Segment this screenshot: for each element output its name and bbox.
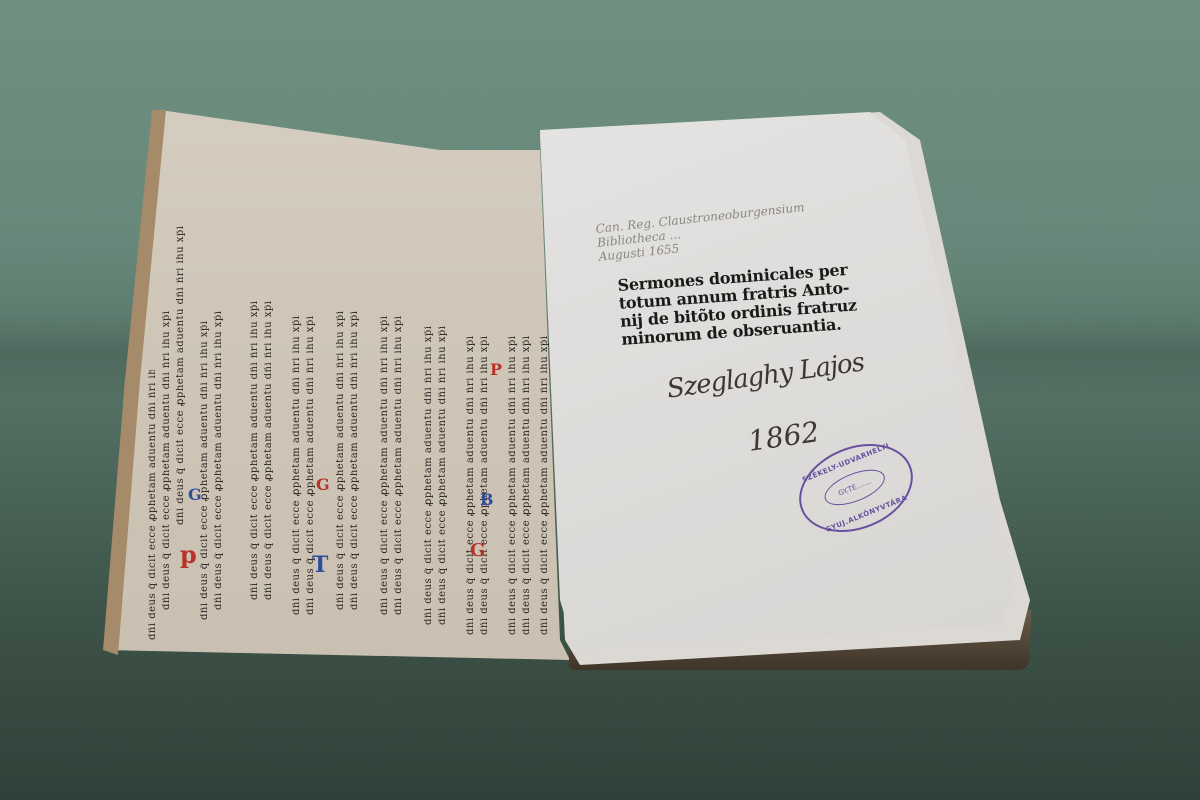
manuscript-column: dñi deus q̃ dicit ecce ꝓphetam aduentũ d… <box>250 180 260 600</box>
illuminated-initial: G <box>470 540 485 561</box>
manuscript-column: dñi deus q̃ dicit ecce ꝓphetam aduentũ d… <box>162 170 172 610</box>
manuscript-column: dñi deus q̃ dicit ecce ꝓphetam aduentũ d… <box>466 195 476 635</box>
manuscript-column: dñi deus q̃ dicit ecce ꝓphetam aduentũ d… <box>508 195 518 635</box>
illuminated-initial: G <box>188 485 202 504</box>
manuscript-column: dñi deus q̃ dicit ecce ꝓphetam aduentũ d… <box>522 195 532 635</box>
manuscript-column: dñi deus q̃ dicit ecce ꝓphetam aduentũ d… <box>306 185 316 615</box>
illuminated-initial: G <box>316 475 330 494</box>
illuminated-initial: p <box>180 540 197 569</box>
manuscript-column: dñi deus q̃ dicit ecce ꝓphetam aduentũ d… <box>350 190 360 610</box>
manuscript-column: dñi deus q̃ dicit ecce ꝓphetam aduentũ d… <box>480 195 490 635</box>
manuscript-column: dñi deus q̃ dicit ecce ꝓphetam aduentũ d… <box>292 185 302 615</box>
manuscript-column: dñi deus q̃ dicit ecce ꝓphetam aduentũ d… <box>380 195 390 615</box>
manuscript-column: dñi deus q̃ dicit ecce ꝓphetam aduentũ d… <box>176 165 186 525</box>
manuscript-column: dñi deus q̃ dicit ecce ꝓphetam aduentũ d… <box>214 170 224 610</box>
illuminated-initial: T <box>312 552 328 578</box>
illuminated-initial: P <box>490 360 502 379</box>
manuscript-column: dñi deus q̃ dicit ecce ꝓphetam aduentũ d… <box>424 195 434 625</box>
manuscript-column: dñi deus q̃ dicit ecce ꝓphetam aduentũ d… <box>200 170 210 620</box>
manuscript-column: dñi deus q̃ dicit ecce ꝓphetam aduentũ d… <box>264 180 274 600</box>
illuminated-initial: B <box>480 490 494 509</box>
open-book: dñi deus q̃ dicit ecce ꝓphetam aduentũ d… <box>0 0 1200 800</box>
manuscript-column: dñi deus q̃ dicit ecce ꝓphetam aduentũ d… <box>336 190 346 610</box>
manuscript-column: dñi deus q̃ dicit ecce ꝓphetam aduentũ d… <box>394 195 404 615</box>
manuscript-column: dñi deus q̃ dicit ecce ꝓphetam aduentũ d… <box>148 370 158 640</box>
manuscript-column: dñi deus q̃ dicit ecce ꝓphetam aduentũ d… <box>438 195 448 625</box>
